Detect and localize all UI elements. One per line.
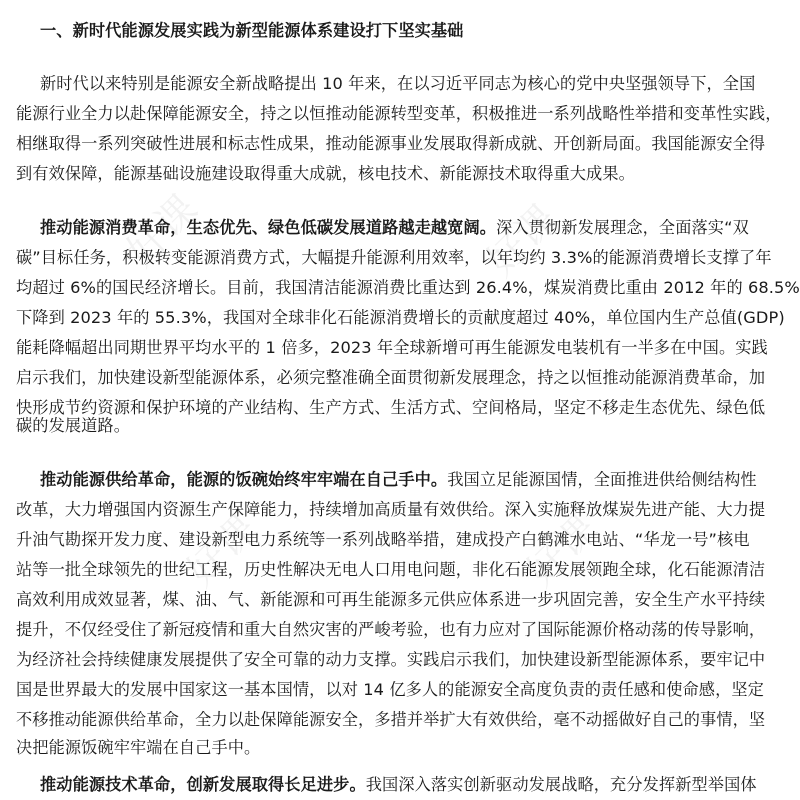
paragraph-3-line-4: 站等一批全球领先的世纪工程，历史性解决无电人口用电问题，非化石能源发展领跑全球，…	[16, 560, 784, 580]
paragraph-2-line-2: 碳”目标任务，积极转变能源消费方式，大幅提升能源利用效率，以年均约 3.3%的能…	[16, 248, 784, 268]
paragraph-2-line-4: 下降到 2023 年的 55.3%，我国对全球非化石能源消费增长的贡献度超过 4…	[16, 308, 784, 328]
paragraph-3-line-8: 国是世界最大的发展中国家这一基本国情，以对 14 亿多人的能源安全高度负责的责任…	[16, 680, 784, 700]
document-page: 一、新时代能源发展实践为新型能源体系建设打下坚实基础 新时代以来特别是能源安全新…	[0, 0, 800, 800]
paragraph-2-line-1: 推动能源消费革命，生态优先、绿色低碳发展道路越走越宽阔。深入贯彻新发展理念，全面…	[40, 218, 800, 238]
paragraph-1-line-1: 新时代以来特别是能源安全新战略提出 10 年来，在以习近平同志为核心的党中央坚强…	[40, 74, 800, 94]
paragraph-2-line-8: 碳的发展道路。	[16, 416, 784, 436]
paragraph-2-line-5: 能耗降幅超出同期世界平均水平的 1 倍多，2023 年全球新增可再生能源发电装机…	[16, 338, 784, 358]
section-heading: 一、新时代能源发展实践为新型能源体系建设打下坚实基础	[40, 21, 800, 41]
paragraph-3-line-5: 高效利用成效显著，煤、油、气、新能源和可再生能源多元供应体系进一步巩固完善，安全…	[16, 590, 784, 610]
paragraph-4-first-rest: 我国深入落实创新驱动发展战略，充分发挥新型举国体	[366, 775, 757, 794]
paragraph-2-line-7: 快形成节约资源和保护环境的产业结构、生产方式、生活方式、空间格局，坚定不移走生态…	[16, 398, 784, 418]
paragraph-1-line-4: 到有效保障，能源基础设施建设取得重大成就，核电技术、新能源技术取得重大成果。	[16, 164, 784, 184]
paragraph-2-first-rest: 深入贯彻新发展理念，全面落实“双	[496, 218, 749, 237]
paragraph-3-line-9: 不移推动能源供给革命，全力以赴保障能源安全，多措并举扩大有效供给，毫不动摇做好自…	[16, 710, 784, 730]
paragraph-3-line-6: 提升，不仅经受住了新冠疫情和重大自然灾害的严峻考验，也有力应对了国际能源价格动荡…	[16, 620, 784, 640]
paragraph-3-line-7: 为经济社会持续健康发展提供了安全可靠的动力支撑。实践启示我们，加快建设新型能源体…	[16, 650, 784, 670]
paragraph-3-first-rest: 我国立足能源国情，全面推进供给侧结构性	[447, 470, 756, 489]
paragraph-3-lead: 推动能源供给革命，能源的饭碗始终牢牢端在自己手中。	[40, 470, 447, 489]
paragraph-3-line-3: 升油气勘探开发力度、建设新型电力系统等一系列战略举措，建成投产白鹤滩水电站、“华…	[16, 530, 784, 550]
paragraph-2-lead: 推动能源消费革命，生态优先、绿色低碳发展道路越走越宽阔。	[40, 218, 496, 237]
paragraph-3-line-10: 决把能源饭碗牢牢端在自己手中。	[16, 738, 784, 758]
paragraph-1-line-3: 相继取得一系列突破性进展和标志性成果，推动能源事业发展取得新成就、开创新局面。我…	[16, 134, 784, 154]
paragraph-3-line-2: 改革，大力增强国内资源生产保障能力，持续增加高质量有效供给。深入实施释放煤炭先进…	[16, 500, 784, 520]
paragraph-2-line-6: 启示我们，加快建设新型能源体系，必须完整准确全面贯彻新发展理念，持之以恒推动能源…	[16, 368, 784, 388]
paragraph-1-line-2: 能源行业全力以赴保障能源安全，持之以恒推动能源转型变革，积极推进一系列战略性举措…	[16, 104, 784, 124]
watermark: 好课	[472, 190, 569, 287]
paragraph-3-line-1: 推动能源供给革命，能源的饭碗始终牢牢端在自己手中。我国立足能源国情，全面推进供给…	[40, 470, 800, 490]
paragraph-4-lead: 推动能源技术革命，创新发展取得长足进步。	[40, 775, 366, 794]
paragraph-2-line-3: 均超过 6%的国民经济增长。目前，我国清洁能源消费比重达到 26.4%，煤炭消费…	[16, 278, 784, 298]
paragraph-4-line-1: 推动能源技术革命，创新发展取得长足进步。我国深入落实创新驱动发展战略，充分发挥新…	[40, 775, 800, 795]
